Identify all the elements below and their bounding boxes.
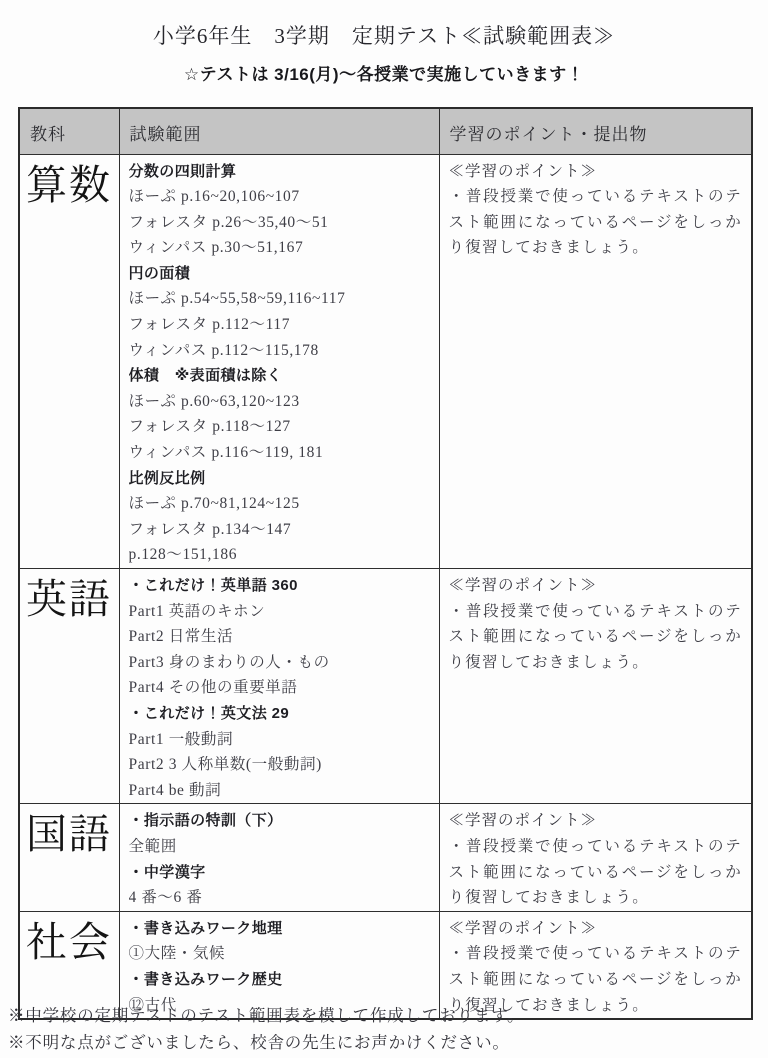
range-topic-line: ・指示語の特訓（下）	[129, 808, 431, 834]
subject-label-math: 算数	[19, 154, 119, 569]
range-topic-line: ・これだけ！英単語 360	[129, 573, 431, 599]
subject-label-english: 英語	[19, 569, 119, 804]
range-topic-line: 円の面積	[129, 261, 431, 287]
range-line: 全範囲	[129, 834, 431, 860]
range-line: Part4 be 動詞	[129, 778, 431, 804]
range-line: ほーぷ p.54~55,58~59,116~117	[129, 286, 431, 312]
table-row-english: 英語 ・これだけ！英単語 360 Part1 英語のキホン Part2 日常生活…	[19, 569, 752, 804]
footnotes: ※中学校の定期テストのテスト範囲表を模して作成しております。 ※不明な点がござい…	[8, 1002, 758, 1056]
column-header-range: 試験範囲	[119, 108, 439, 154]
points-cell-japanese: ≪学習のポイント≫ ・普段授業で使っているテキストのテスト範囲になっているページ…	[439, 804, 752, 911]
points-text: ・普段授業で使っているテキストのテスト範囲になっているページをしっかり復習してお…	[449, 599, 743, 676]
range-line: フォレスタ p.118～127	[129, 414, 431, 440]
document-page: 小学6年生 3学期 定期テスト≪試験範囲表≫ ☆テストは 3/16(月)～各授業…	[0, 0, 768, 1058]
range-topic-line: 分数の四則計算	[129, 159, 431, 185]
points-cell-english: ≪学習のポイント≫ ・普段授業で使っているテキストのテスト範囲になっているページ…	[439, 569, 752, 804]
range-topic-line: ・これだけ！英文法 29	[129, 701, 431, 727]
points-text: ・普段授業で使っているテキストのテスト範囲になっているページをしっかり復習してお…	[449, 184, 743, 261]
range-line: Part4 その他の重要単語	[129, 675, 431, 701]
range-line: ほーぷ p.70~81,124~125	[129, 491, 431, 517]
table-row-japanese: 国語 ・指示語の特訓（下） 全範囲 ・中学漢字 4 番～6 番 ≪学習のポイント…	[19, 804, 752, 911]
range-cell-japanese: ・指示語の特訓（下） 全範囲 ・中学漢字 4 番～6 番	[119, 804, 439, 911]
points-heading: ≪学習のポイント≫	[449, 916, 743, 942]
column-header-subject: 教科	[19, 108, 119, 154]
range-line: ①大陸・気候	[129, 941, 431, 967]
range-cell-math: 分数の四則計算 ほーぷ p.16~20,106~107 フォレスタ p.26～3…	[119, 154, 439, 569]
range-line: 4 番～6 番	[129, 885, 431, 911]
range-line: Part2 3 人称単数(一般動詞)	[129, 752, 431, 778]
range-topic-line: ・書き込みワーク歴史	[129, 967, 431, 993]
range-topic-line: ・中学漢字	[129, 860, 431, 886]
table-header-row: 教科 試験範囲 学習のポイント・提出物	[19, 108, 752, 154]
footnote-line: ※中学校の定期テストのテスト範囲表を模して作成しております。	[8, 1002, 758, 1029]
range-line: Part1 英語のキホン	[129, 599, 431, 625]
footnote-line: ※不明な点がございましたら、校舎の先生にお声かけください。	[8, 1029, 758, 1056]
points-cell-math: ≪学習のポイント≫ ・普段授業で使っているテキストのテスト範囲になっているページ…	[439, 154, 752, 569]
range-line: フォレスタ p.26～35,40～51	[129, 210, 431, 236]
points-heading: ≪学習のポイント≫	[449, 808, 743, 834]
range-line: ほーぷ p.16~20,106~107	[129, 184, 431, 210]
page-title: 小学6年生 3学期 定期テスト≪試験範囲表≫	[0, 0, 768, 50]
points-heading: ≪学習のポイント≫	[449, 573, 743, 599]
range-line: Part3 身のまわりの人・もの	[129, 650, 431, 676]
range-line: ほーぷ p.60~63,120~123	[129, 389, 431, 415]
range-line: ウィンパス p.112～115,178	[129, 338, 431, 364]
range-line: Part2 日常生活	[129, 624, 431, 650]
exam-range-table: 教科 試験範囲 学習のポイント・提出物 算数 分数の四則計算 ほーぷ p.16~…	[18, 107, 753, 1020]
page-subtitle: ☆テストは 3/16(月)～各授業で実施していきます！	[0, 50, 768, 85]
column-header-points: 学習のポイント・提出物	[439, 108, 752, 154]
points-heading: ≪学習のポイント≫	[449, 159, 743, 185]
range-cell-english: ・これだけ！英単語 360 Part1 英語のキホン Part2 日常生活 Pa…	[119, 569, 439, 804]
points-text: ・普段授業で使っているテキストのテスト範囲になっているページをしっかり復習してお…	[449, 834, 743, 911]
range-line: フォレスタ p.134～147	[129, 517, 431, 543]
range-line: p.128～151,186	[129, 542, 431, 568]
range-topic-line: 比例反比例	[129, 466, 431, 492]
range-topic-line: 体積 ※表面積は除く	[129, 363, 431, 389]
range-line: ウィンパス p.30～51,167	[129, 235, 431, 261]
range-line: Part1 一般動詞	[129, 727, 431, 753]
range-topic-line: ・書き込みワーク地理	[129, 916, 431, 942]
subject-label-japanese: 国語	[19, 804, 119, 911]
table-row-math: 算数 分数の四則計算 ほーぷ p.16~20,106~107 フォレスタ p.2…	[19, 154, 752, 569]
range-line: フォレスタ p.112～117	[129, 312, 431, 338]
range-line: ウィンパス p.116～119, 181	[129, 440, 431, 466]
